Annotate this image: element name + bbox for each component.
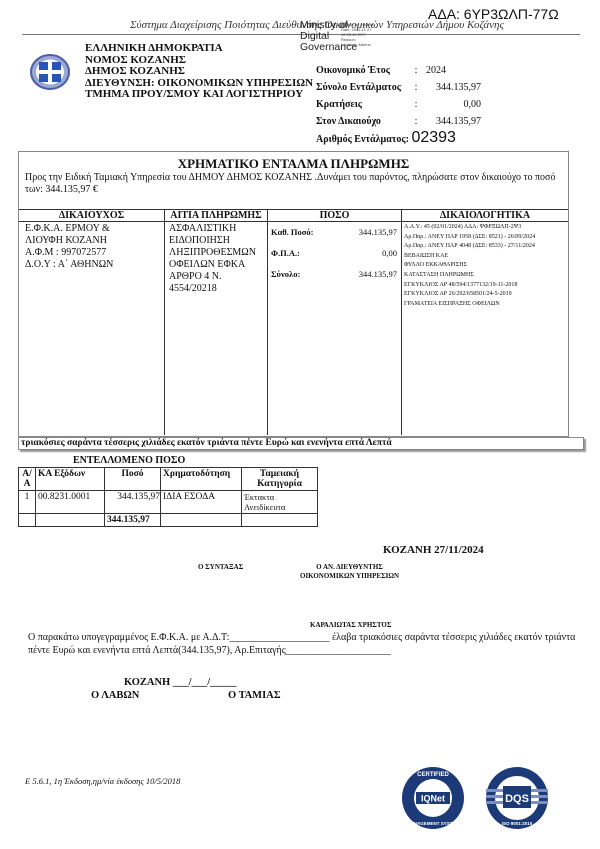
beneficiary-details: Ε.Φ.Κ.Α. ΕΡΜΟΥ & ΛΙΟΥΦΗ ΚΟΖΑΝΗ Α.Φ.Μ : 9… <box>25 223 160 271</box>
table-total-row: 344.135,97 <box>19 514 318 527</box>
edition-note: Ε 5.6.1, 1η Έκδοση,ημ/νία έκδοσης 10/5/2… <box>25 776 180 786</box>
warrant-number-value: 02393 <box>411 129 456 146</box>
allocated-amount-title: ΕΝΤΕΛΛΟΜΕΝΟ ΠΟΣΟ <box>73 455 185 466</box>
place-date: ΚΟΖΑΝΗ 27/11/2024 <box>383 544 484 556</box>
documents-header: ΔΙΚΑΙΟΛΟΓΗΤΙΚΑ <box>402 209 568 222</box>
sum-row: Σύνολο: 344.135,97 <box>271 268 397 280</box>
svg-text:IQNet: IQNet <box>421 794 445 804</box>
receipt-statement: Ο παρακάτω υπογεγραμμένος Ε.Φ.Κ.Α. με Α.… <box>28 632 588 657</box>
vat-row: Φ.Π.Α.: 0,00 <box>271 247 397 259</box>
warrant-summary: Οικονομικό Έτος : 2024 Σύνολο Εντάλματος… <box>316 62 481 130</box>
payment-reason: ΑΣΦΑΛΙΣΤΙΚΗ ΕΙΔΟΠΟΙΗΣΗ ΛΗΞΙΠΡΟΘΕΣΜΩΝ ΟΦΕ… <box>169 223 265 295</box>
svg-text:CERTIFIED: CERTIFIED <box>417 772 449 778</box>
composer-label: Ο ΣΥΝΤΑΞΑΣ <box>198 563 243 571</box>
greek-emblem-icon <box>30 54 70 90</box>
warrant-title: ΧΡΗΜΑΤΙΚΟ ΕΝΤΑΛΜΑ ΠΛΗΡΩΜΗΣ <box>19 156 568 172</box>
receiver-label: Ο ΛΑΒΩΝ <box>91 690 139 701</box>
table-row: 1 00.8231.0001 344.135,97 ΙΔΙΑ ΕΣΟΔΑ Έκτ… <box>19 491 318 514</box>
reason-header: ΑΙΤΙΑ ΠΛΗΡΩΜΗΣ <box>165 209 267 222</box>
beneficiary-header: ΔΙΚΑΙΟΥΧΟΣ <box>19 209 164 222</box>
dqs-iso-logo-icon: DQS ISO 9001:2015 <box>484 765 550 831</box>
warrant-intro: Προς την Ειδική Ταμιακή Υπηρεσία του ΔΗΜ… <box>25 172 565 196</box>
signature-details: Signed by: Hellenic Date: 2024.11.27 10:… <box>341 22 375 47</box>
table-header-row: Α/Α ΚΑ Εξόδων Ποσό Χρηματοδότηση Ταμειακ… <box>19 468 318 491</box>
total-row: Σύνολο Εντάλματος : 344.135,97 <box>316 79 481 96</box>
director-name: ΚΑΡΑΛΙΩΤΑΣ ΧΡΗΣΤΟΣ <box>310 621 391 629</box>
net-amount-row: Καθ. Ποσό: 344.135,97 <box>271 226 397 238</box>
iqnet-certified-logo-icon: IQNet CERTIFIED MANAGEMENT SYSTEM <box>400 765 466 831</box>
svg-text:ISO 9001:2015: ISO 9001:2015 <box>502 821 533 826</box>
amount-in-words: τριακόσιες σαράντα τέσσερις χιλιάδες εκα… <box>18 437 584 450</box>
cashier-label: Ο ΤΑΜΙΑΣ <box>228 690 281 701</box>
allocated-amount-table: Α/Α ΚΑ Εξόδων Ποσό Χρηματοδότηση Ταμειακ… <box>18 467 318 527</box>
fiscal-year: 2024 <box>426 65 446 76</box>
amount-breakdown: Καθ. Ποσό: 344.135,97 Φ.Π.Α.: 0,00 Σύνολ… <box>271 226 397 289</box>
allocated-total: 344.135,97 <box>105 514 161 527</box>
organization-block: ΕΛΛΗΝΙΚΗ ΔΗΜΟΚΡΑΤΙΑ ΝΟΜΟΣ ΚΟΖΑΝΗΣ ΔΗΜΟΣ … <box>85 43 313 101</box>
payment-warrant-box: ΧΡΗΜΑΤΙΚΟ ΕΝΤΑΛΜΑ ΠΛΗΡΩΜΗΣ Προς την Ειδι… <box>18 151 569 437</box>
fiscal-year-row: Οικονομικό Έτος : 2024 <box>316 62 481 79</box>
director-title: Ο ΑΝ. ΔΙΕΥΘΥΝΤΗΣ ΟΙΚΟΝΟΜΙΚΩΝ ΥΠΗΡΕΣΙΩΝ <box>300 563 399 581</box>
beneficiary-amount: 344.135,97 <box>426 116 481 127</box>
supporting-documents: Α.Α.Υ.: 45 (02/01/2024) ΑΔΑ: ΨΦΡΞΩΛΠ-2Ψ3… <box>404 223 566 309</box>
receipt-place-date: ΚΟΖΑΝΗ ___/___/_____ <box>124 677 236 688</box>
deductions-row: Κρατήσεις : 0,00 <box>316 96 481 113</box>
deductions-value: 0,00 <box>426 99 481 110</box>
total-value: 344.135,97 <box>426 82 481 93</box>
svg-text:DQS: DQS <box>505 793 529 805</box>
warrant-details-grid: ΔΙΚΑΙΟΥΧΟΣ ΑΙΤΙΑ ΠΛΗΡΩΜΗΣ ΠΟΣΟ ΔΙΚΑΙΟΛΟΓ… <box>19 209 568 435</box>
svg-text:MANAGEMENT SYSTEM: MANAGEMENT SYSTEM <box>407 821 460 826</box>
beneficiary-amount-row: Στον Δικαιούχο : 344.135,97 <box>316 113 481 130</box>
warrant-number: Αριθμός Εντάλματος: 02393 <box>316 129 456 147</box>
amount-header: ΠΟΣΟ <box>268 209 401 222</box>
